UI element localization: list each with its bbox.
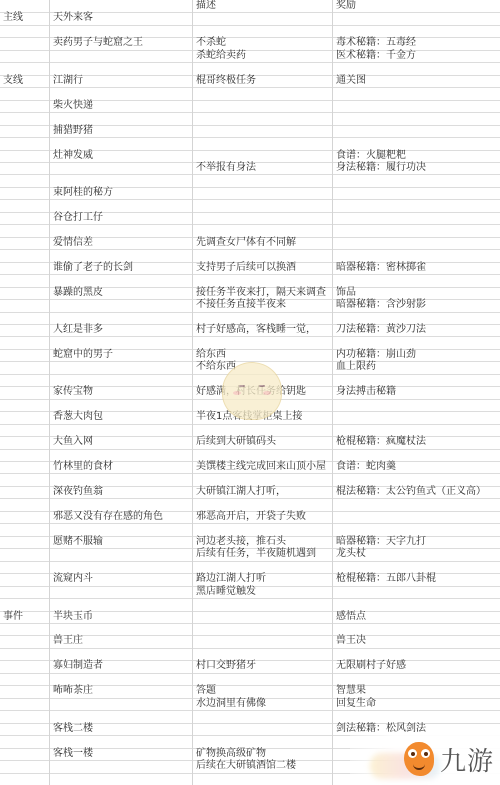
description-cell[interactable]: 答题 — [193, 685, 216, 697]
grid-row-line — [0, 62, 500, 63]
reward-cell[interactable]: 龙头杖 — [333, 548, 366, 560]
description-cell[interactable]: 河边老头接，推石头 — [193, 536, 286, 548]
quest-cell[interactable]: 江湖行 — [50, 75, 83, 87]
quest-cell[interactable]: 蛇窟中的男子 — [50, 349, 113, 361]
reward-cell[interactable]: 枪棍秘籍：五郎八卦棍 — [333, 573, 436, 585]
description-cell[interactable]: 接任务半夜来打，隔天来调查 — [193, 287, 326, 299]
quest-cell[interactable]: 人红是非多 — [50, 324, 103, 336]
quest-cell[interactable]: 愿赌不服输 — [50, 536, 103, 548]
reward-cell[interactable]: 回复生命 — [333, 698, 376, 710]
reward-cell[interactable]: 饰品 — [333, 287, 356, 299]
grid-row-line — [0, 112, 500, 113]
reward-cell[interactable]: 通关图 — [333, 75, 366, 87]
description-cell[interactable]: 黑店睡觉触发 — [193, 586, 256, 598]
description-cell[interactable]: 后续有任务，半夜随机遇到 — [193, 548, 316, 560]
quest-cell[interactable]: 深夜钓鱼翁 — [50, 486, 103, 498]
quest-cell[interactable]: 客栈二楼 — [50, 723, 93, 735]
quest-cell[interactable]: 谁偷了老子的长剑 — [50, 262, 133, 274]
category-cell[interactable]: 事件 — [0, 611, 23, 623]
description-cell[interactable]: 村子好感高，客栈睡一觉， — [193, 324, 316, 336]
description-cell[interactable]: 描述 — [193, 0, 216, 12]
quest-cell[interactable]: 家传宝物 — [50, 386, 93, 398]
quest-cell[interactable]: 捕猎野猪 — [50, 125, 93, 137]
reward-cell[interactable]: 血上限药 — [333, 361, 376, 373]
reward-cell[interactable]: 感悟点 — [333, 611, 366, 623]
ghost-mascot-icon — [222, 362, 282, 420]
quest-cell[interactable]: 香葱大肉包 — [50, 411, 103, 423]
grid-row-line — [0, 623, 500, 624]
mascot-eye — [239, 385, 245, 387]
quest-cell[interactable]: 天外来客 — [50, 12, 93, 24]
grid-row-line — [0, 137, 500, 138]
quest-cell[interactable]: 暴躁的黑皮 — [50, 287, 103, 299]
quest-cell[interactable]: 谷仓打工仔 — [50, 212, 103, 224]
quest-cell[interactable]: 大鱼入网 — [50, 436, 93, 448]
description-cell[interactable]: 支持男子后续可以换酒 — [193, 262, 296, 274]
mascot-blush — [263, 391, 271, 395]
description-cell[interactable]: 美馔楼主线完成回来山顶小屋 — [193, 461, 326, 473]
description-cell[interactable]: 棍哥终极任务 — [193, 75, 256, 87]
quest-cell[interactable]: 客栈一楼 — [50, 748, 93, 760]
mascot-eye — [259, 385, 265, 387]
quest-cell[interactable]: 灶神发威 — [50, 150, 93, 162]
quest-cell[interactable]: 咘咘茶庄 — [50, 685, 93, 697]
category-cell[interactable]: 支线 — [0, 75, 23, 87]
reward-cell[interactable]: 食谱：蛇肉羹 — [333, 461, 396, 473]
grid-row-line — [0, 25, 500, 26]
quest-cell[interactable]: 兽王庄 — [50, 635, 83, 647]
quest-cell[interactable]: 爱情信差 — [50, 237, 93, 249]
description-cell[interactable]: 后续到大研镇码头 — [193, 436, 276, 448]
mascot-blush — [233, 391, 241, 395]
reward-cell[interactable]: 身法秘籍：履行功决 — [333, 162, 426, 174]
quest-cell[interactable]: 流窥内斗 — [50, 573, 93, 585]
description-cell[interactable]: 后续在大研镇酒馆二楼 — [193, 760, 296, 772]
jiuyou-watermark: 九游 — [350, 733, 500, 785]
reward-cell[interactable]: 刀法秘籍：黄沙刀法 — [333, 324, 426, 336]
description-cell[interactable]: 给东西 — [193, 349, 226, 361]
description-cell[interactable]: 水边洞里有佛像 — [193, 698, 266, 710]
description-cell[interactable]: 路边江湖人打听 — [193, 573, 266, 585]
quest-cell[interactable]: 柴火快递 — [50, 100, 93, 112]
quest-cell[interactable]: 束阿桂的秘方 — [50, 187, 113, 199]
grid-row-line — [0, 50, 500, 51]
quest-cell[interactable]: 邪恶又没有存在感的角色 — [50, 511, 163, 523]
description-cell[interactable]: 不接任务直接半夜来 — [193, 299, 286, 311]
reward-cell[interactable]: 暗器秘籍：天字九打 — [333, 536, 426, 548]
reward-cell[interactable]: 医术秘籍：千金方 — [333, 50, 416, 62]
reward-cell[interactable]: 枪棍秘籍：疯魔杖法 — [333, 436, 426, 448]
description-cell[interactable]: 村口交野猪牙 — [193, 660, 256, 672]
watermark-brand: 九游 — [440, 741, 494, 778]
grid-row-line — [0, 274, 500, 275]
grid-row-line — [0, 598, 500, 599]
reward-cell[interactable]: 食谱：火腿粑粑 — [333, 150, 406, 162]
reward-cell[interactable]: 暗器秘籍：密林掷雀 — [333, 262, 426, 274]
quest-cell[interactable]: 卖药男子与蛇窟之王 — [50, 37, 143, 49]
grid-row-line — [0, 648, 500, 649]
description-cell[interactable]: 先调查女尸体有不同解 — [193, 237, 296, 249]
reward-cell[interactable]: 身法搏击秘籍 — [333, 386, 396, 398]
reward-cell[interactable]: 兽王决 — [333, 635, 366, 647]
reward-cell[interactable]: 内功秘籍：崩山劲 — [333, 349, 416, 361]
grid-row-line — [0, 673, 500, 674]
description-cell[interactable]: 邪恶高开启，开袋子失败 — [193, 511, 306, 523]
description-cell[interactable]: 矿物换高级矿物 — [193, 748, 266, 760]
reward-cell[interactable]: 暗器秘籍：含沙射影 — [333, 299, 426, 311]
grid-row-line — [0, 449, 500, 450]
reward-cell[interactable]: 奖励 — [333, 0, 356, 12]
quest-cell[interactable]: 寡妇制造者 — [50, 660, 103, 672]
description-cell[interactable]: 杀蛇给卖药 — [193, 50, 246, 62]
grid-row-line — [0, 561, 500, 562]
reward-cell[interactable]: 棍法秘籍：太公钓鱼式（正义高） — [333, 486, 486, 498]
description-cell[interactable]: 不杀蛇 — [193, 37, 226, 49]
reward-cell[interactable]: 毒术秘籍：五毒经 — [333, 37, 416, 49]
category-cell[interactable]: 主线 — [0, 12, 23, 24]
grid-row-line — [0, 424, 500, 425]
description-cell[interactable]: 不举报有身法 — [193, 162, 256, 174]
quest-cell[interactable]: 竹林里的食材 — [50, 461, 113, 473]
description-cell[interactable]: 大研镇江湖人打听， — [193, 486, 286, 498]
reward-cell[interactable]: 智慧果 — [333, 685, 366, 697]
grid-row-line — [0, 312, 500, 313]
jiuyou-logo-icon — [404, 742, 434, 776]
reward-cell[interactable]: 无限刷村子好感 — [333, 660, 406, 672]
quest-cell[interactable]: 半块玉币 — [50, 611, 93, 623]
